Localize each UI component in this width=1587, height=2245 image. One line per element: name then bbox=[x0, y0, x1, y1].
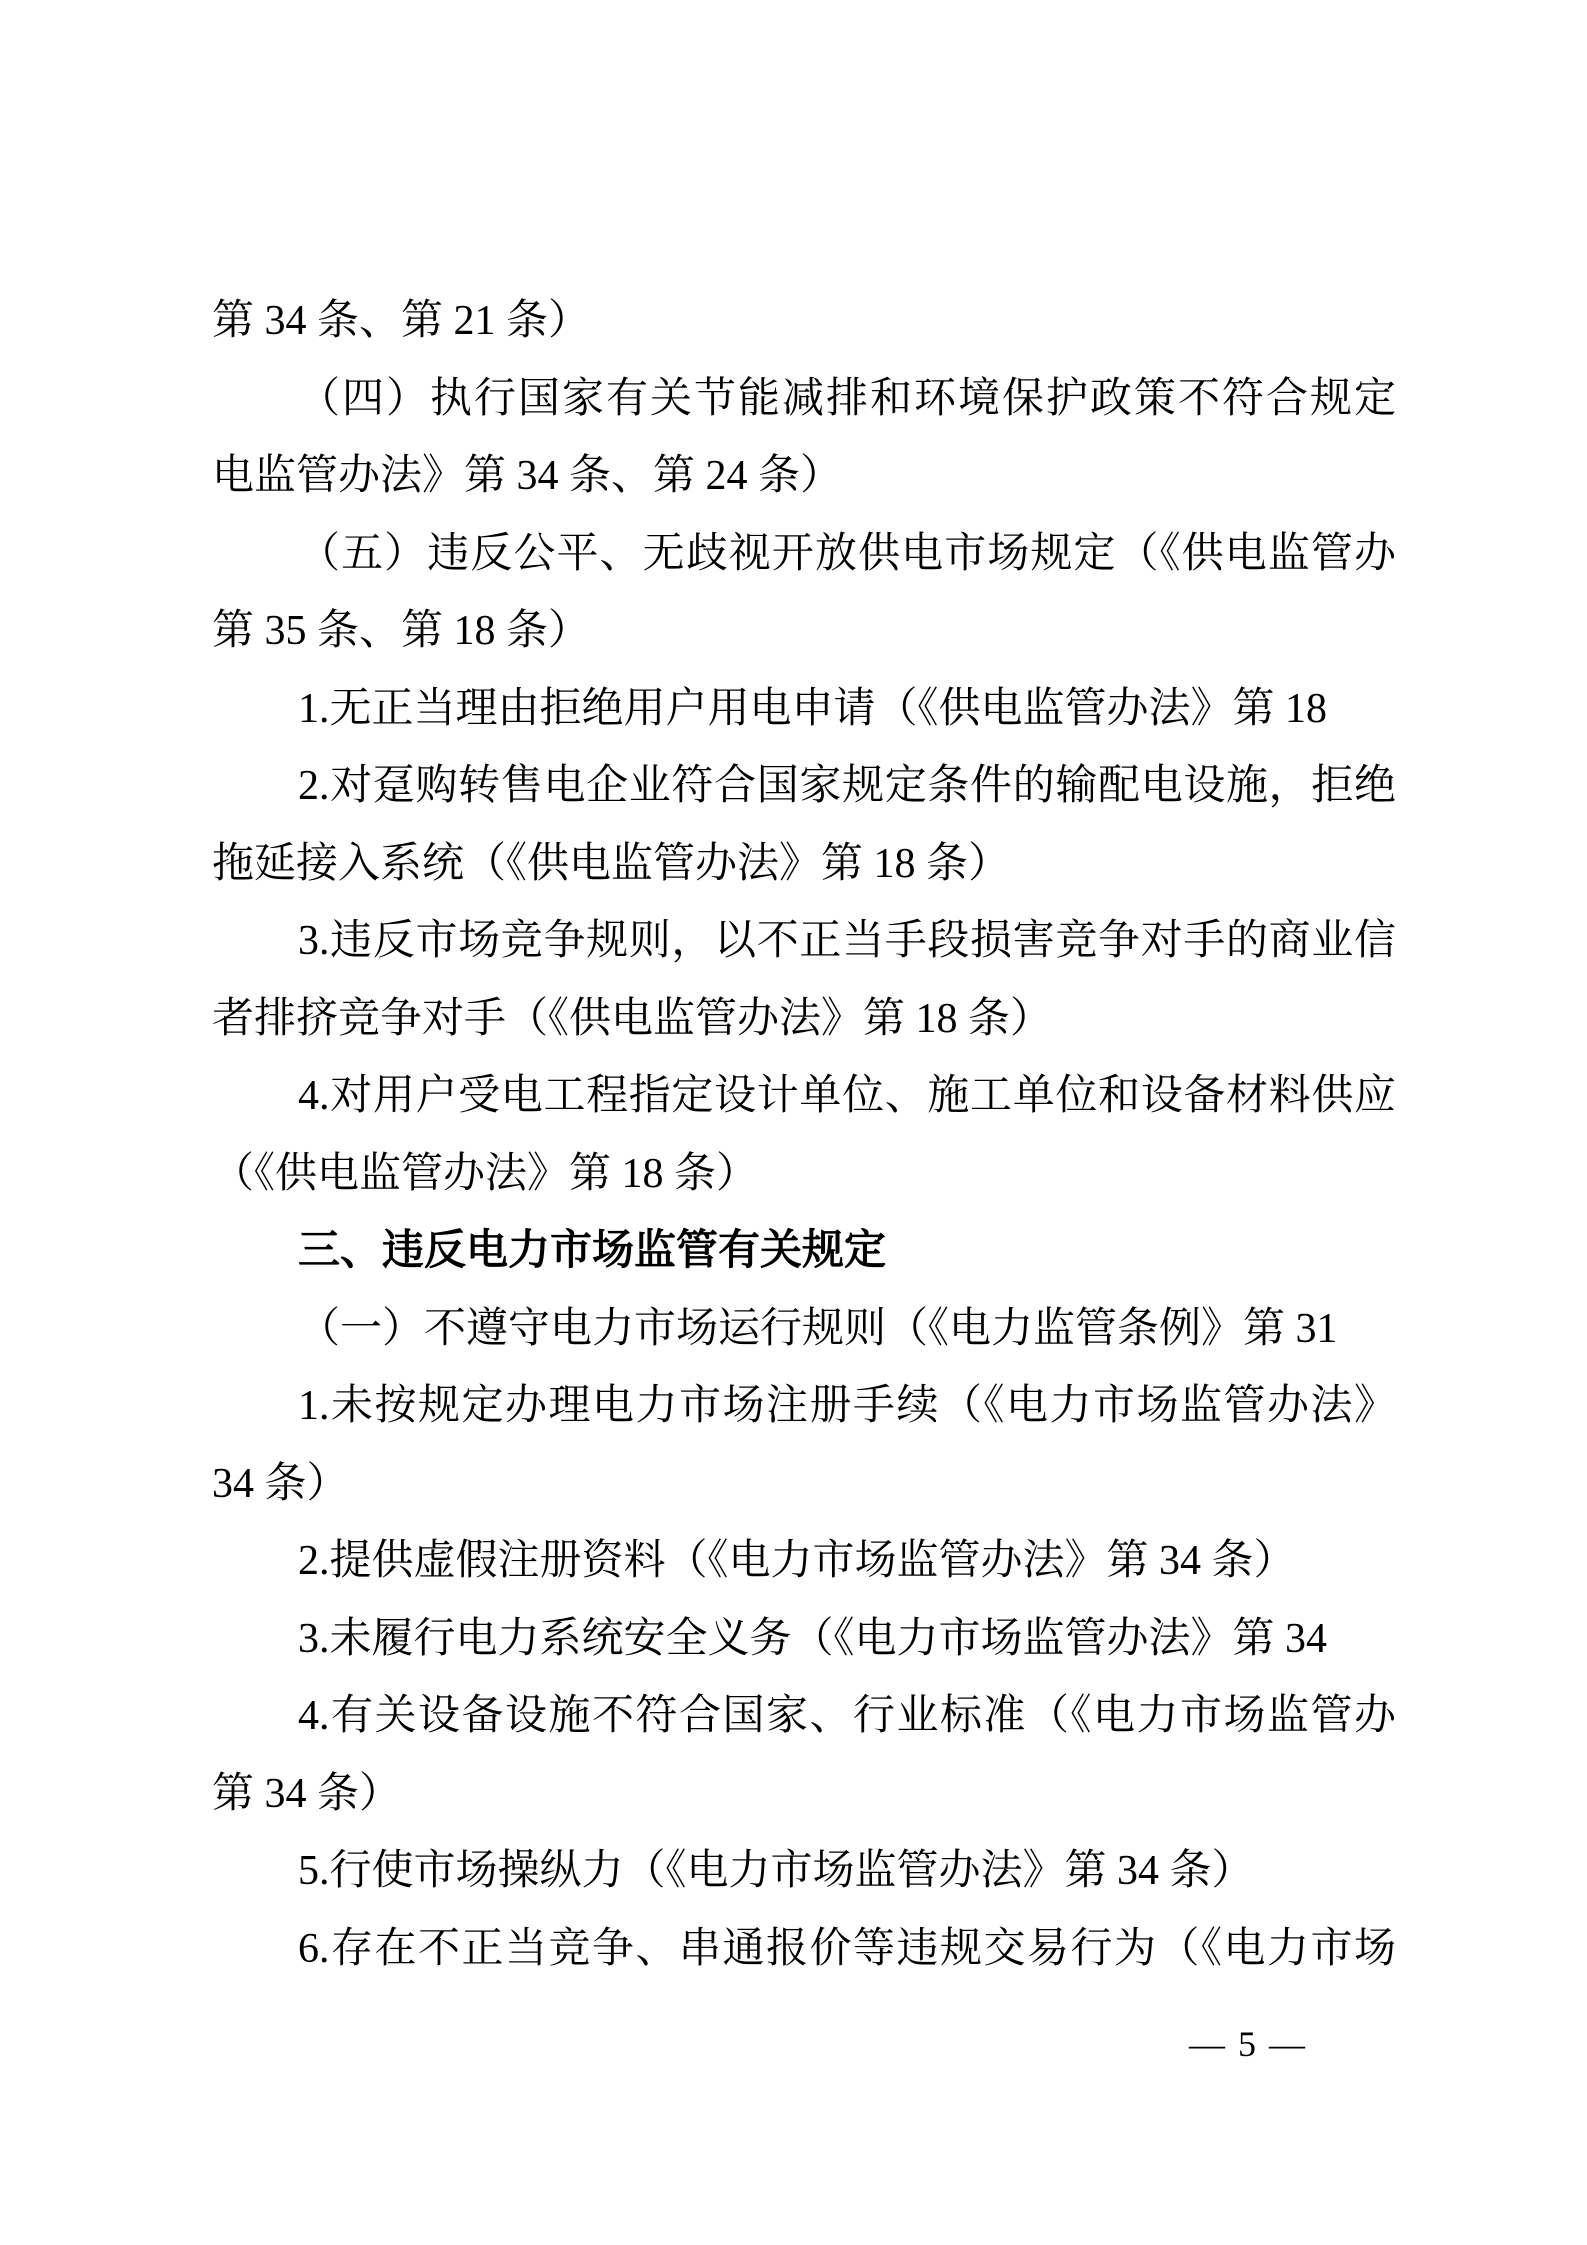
text-line: 3.违反市场竞争规则，以不正当手段损害竞争对手的商业信誉或 bbox=[212, 903, 1396, 981]
text-line: 4.有关设备设施不符合国家、行业标准（《电力市场监管办法》 bbox=[212, 1678, 1396, 1756]
text-line: 第 35 条、第 18 条） bbox=[212, 593, 1396, 671]
text-line: 6.存在不正当竞争、串通报价等违规交易行为（《电力市场监管 bbox=[212, 1911, 1396, 1989]
text-line: 2.提供虚假注册资料（《电力市场监管办法》第 34 条） bbox=[212, 1523, 1396, 1601]
text-line: 2.对趸购转售电企业符合国家规定条件的输配电设施，拒绝或者 bbox=[212, 748, 1396, 826]
document-body: 第 34 条、第 21 条）（四）执行国家有关节能减排和环境保护政策不符合规定（… bbox=[212, 283, 1396, 1988]
text-line: （四）执行国家有关节能减排和环境保护政策不符合规定（《供 bbox=[212, 361, 1396, 439]
text-line: 拖延接入系统（《供电监管办法》第 18 条） bbox=[212, 826, 1396, 904]
text-line: 电监管办法》第 34 条、第 24 条） bbox=[212, 438, 1396, 516]
section-heading: 三、违反电力市场监管有关规定 bbox=[212, 1213, 1396, 1291]
text-line: （一）不遵守电力市场运行规则（《电力监管条例》第 31 条） bbox=[212, 1291, 1396, 1369]
text-line: 1.未按规定办理电力市场注册手续（《电力市场监管办法》第 bbox=[212, 1368, 1396, 1446]
text-line: 34 条） bbox=[212, 1446, 1396, 1524]
text-line: （《供电监管办法》第 18 条） bbox=[212, 1136, 1396, 1214]
text-line: 第 34 条、第 21 条） bbox=[212, 283, 1396, 361]
text-line: （五）违反公平、无歧视开放供电市场规定（《供电监管办法》 bbox=[212, 516, 1396, 594]
text-lines-container: 第 34 条、第 21 条）（四）执行国家有关节能减排和环境保护政策不符合规定（… bbox=[212, 283, 1396, 1988]
text-line: 1.无正当理由拒绝用户用电申请（《供电监管办法》第 18 条） bbox=[212, 671, 1396, 749]
text-line: 第 34 条） bbox=[212, 1756, 1396, 1834]
text-line: 者排挤竞争对手（《供电监管办法》第 18 条） bbox=[212, 981, 1396, 1059]
text-line: 4.对用户受电工程指定设计单位、施工单位和设备材料供应单位 bbox=[212, 1058, 1396, 1136]
text-line: 3.未履行电力系统安全义务（《电力市场监管办法》第 34 条） bbox=[212, 1601, 1396, 1679]
text-line: 5.行使市场操纵力（《电力市场监管办法》第 34 条） bbox=[212, 1833, 1396, 1911]
page-number: — 5 — bbox=[1098, 2022, 1398, 2066]
document-page: 第 34 条、第 21 条）（四）执行国家有关节能减排和环境保护政策不符合规定（… bbox=[0, 0, 1587, 2245]
